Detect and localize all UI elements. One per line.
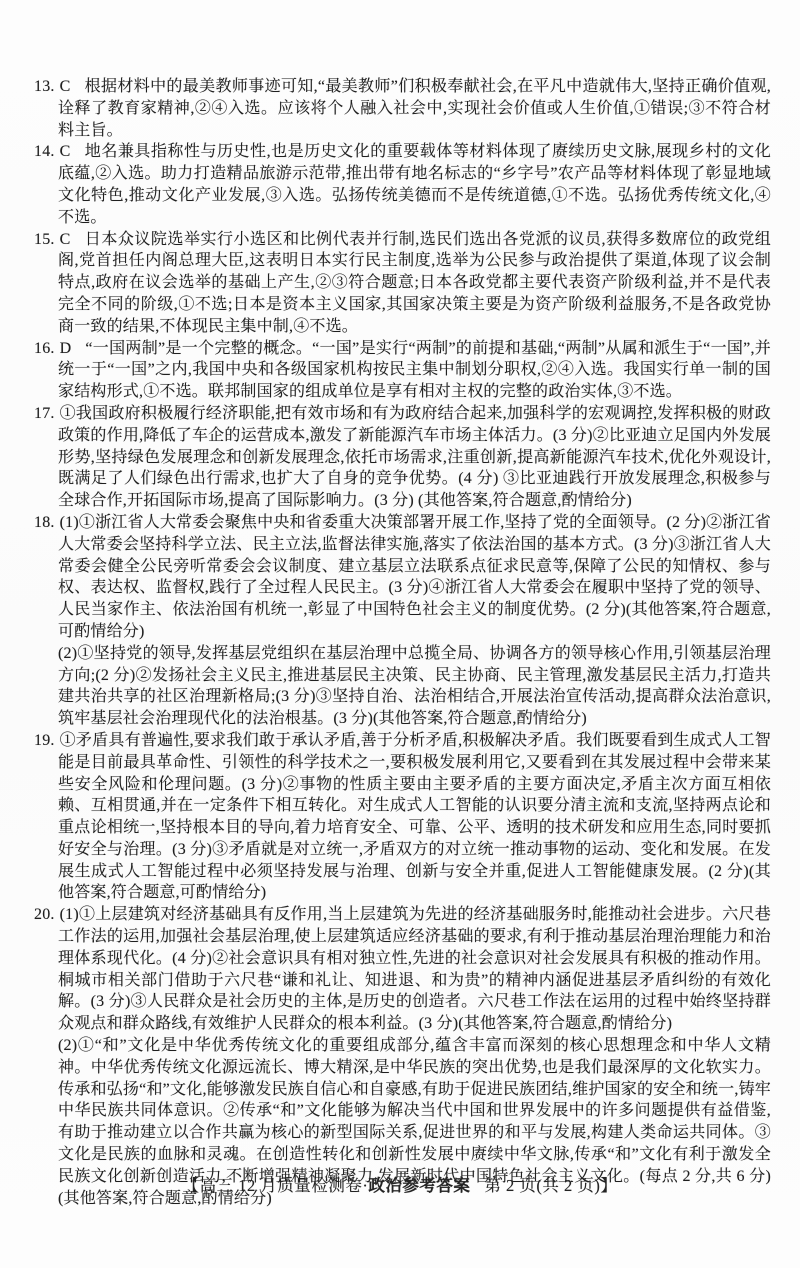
answer-item-15: 15.C日本众议院选举实行小选区和比例代表并行制,选民们选出各党派的议员,获得多… bbox=[34, 229, 771, 338]
answer-number: 16. bbox=[34, 340, 55, 357]
answer-item-14: 14.C地名兼具指称性与历史性,也是历史文化的重要载体等材料体现了赓续历史文脉,… bbox=[34, 141, 771, 228]
answer-item-19: 19.①矛盾具有普遍性,要求我们敢于承认矛盾,善于分析矛盾,积极解决矛盾。我们既… bbox=[34, 730, 771, 904]
answer-number: 20. bbox=[34, 906, 55, 923]
page-footer: 【高三 12 月质量检测卷·政治参考答案第 2 页(共 2 页)】 bbox=[0, 1172, 800, 1196]
answer-item-16: 16.D“一国两制”是一个完整的概念。“一国”是实行“两制”的前提和基础,“两制… bbox=[34, 338, 771, 403]
answer-item-18-part-2: (2)①坚持党的领导,发挥基层党组织在基层治理中总揽全局、协调各方的领导核心作用… bbox=[34, 643, 771, 730]
answer-number: 15. bbox=[34, 231, 55, 248]
answer-number: 19. bbox=[34, 732, 55, 749]
answer-text: ①我国政府积极履行经济职能,把有效市场和有为政府结合起来,加强科学的宏观调控,发… bbox=[58, 405, 771, 509]
answer-item-18-part-1: 18.(1)①浙江省人大常委会聚焦中央和省委重大决策部署开展工作,坚持了党的全面… bbox=[34, 512, 771, 643]
answer-text: (2)①坚持党的领导,发挥基层党组织在基层治理中总揽全局、协调各方的领导核心作用… bbox=[58, 645, 771, 727]
answer-item-13: 13.C根据材料中的最美教师事迹可知,“最美教师”们积极奉献社会,在平凡中造就伟… bbox=[34, 76, 771, 141]
footer-exam-title: 【高三 12 月质量检测卷· bbox=[183, 1176, 369, 1195]
answer-text: 根据材料中的最美教师事迹可知,“最美教师”们积极奉献社会,在平凡中造就伟大,坚持… bbox=[58, 78, 771, 139]
answer-number: 13. bbox=[34, 78, 55, 95]
answer-number: 17. bbox=[34, 405, 55, 422]
answer-number: 18. bbox=[34, 514, 55, 531]
answer-text: 日本众议院选举实行小选区和比例代表并行制,选民们选出各党派的议员,获得多数席位的… bbox=[58, 231, 771, 335]
answer-text: (1)①浙江省人大常委会聚焦中央和省委重大决策部署开展工作,坚持了党的全面领导。… bbox=[58, 514, 771, 640]
answer-option: C bbox=[60, 78, 71, 95]
answer-text: “一国两制”是一个完整的概念。“一国”是实行“两制”的前提和基础,“两制”从属和… bbox=[58, 340, 771, 401]
footer-page-number: 第 2 页(共 2 页)】 bbox=[484, 1176, 617, 1195]
answer-option: C bbox=[60, 231, 71, 248]
answer-text: (1)①上层建筑对经济基础具有反作用,当上层建筑为先进的经济基础服务时,能推动社… bbox=[58, 906, 771, 1032]
answer-option: C bbox=[60, 143, 71, 160]
answer-text: ①矛盾具有普遍性,要求我们敢于承认矛盾,善于分析矛盾,积极解决矛盾。我们既要看到… bbox=[58, 732, 771, 902]
answer-text: 地名兼具指称性与历史性,也是历史文化的重要载体等材料体现了赓续历史文脉,展现乡村… bbox=[58, 143, 771, 225]
answer-number: 14. bbox=[34, 143, 55, 160]
answer-item-17: 17.①我国政府积极履行经济职能,把有效市场和有为政府结合起来,加强科学的宏观调… bbox=[34, 403, 771, 512]
answers-content: 13.C根据材料中的最美教师事迹可知,“最美教师”们积极奉献社会,在平凡中造就伟… bbox=[34, 76, 771, 1209]
answer-item-20-part-1: 20.(1)①上层建筑对经济基础具有反作用,当上层建筑为先进的经济基础服务时,能… bbox=[34, 904, 771, 1035]
footer-subject-title: 政治参考答案 bbox=[368, 1176, 470, 1195]
answer-option: D bbox=[60, 340, 72, 357]
scanned-answer-sheet-page: 13.C根据材料中的最美教师事迹可知,“最美教师”们积极奉献社会,在平凡中造就伟… bbox=[0, 0, 800, 1268]
